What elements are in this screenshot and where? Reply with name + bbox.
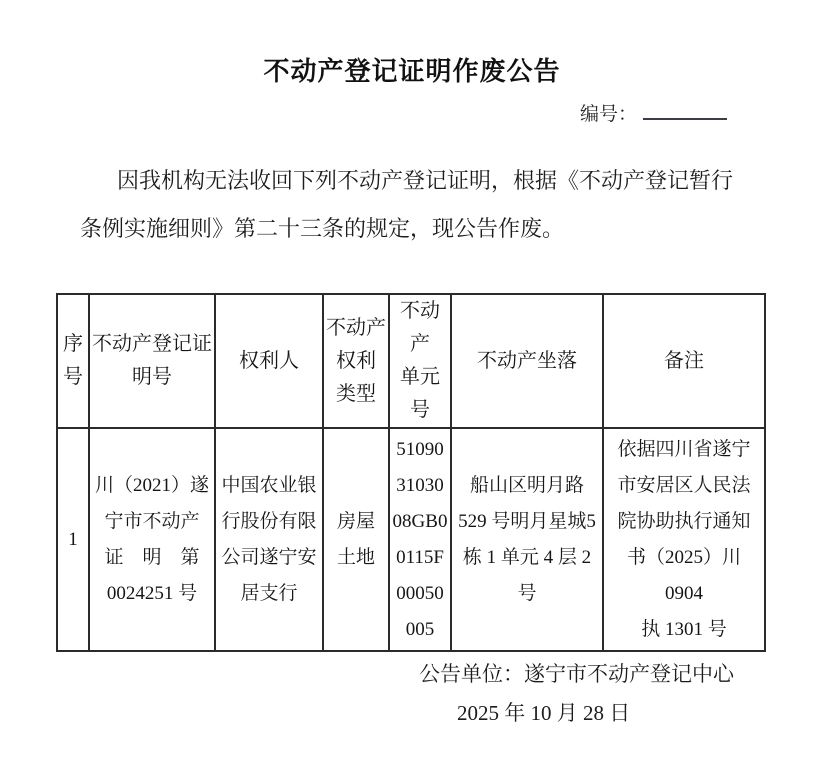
cell-remark: 依据四川省遂宁 市安居区人民法 院协助执行通知 书（2025）川 0904 执 … — [603, 428, 765, 651]
document-page: 不动产登记证明作废公告 编号： 因我机构无法收回下列不动产登记证明，根据《不动产… — [0, 0, 839, 782]
header-right-type: 不动产 权利 类型 — [323, 294, 389, 428]
cell-unit-no: 51090 31030 08GB0 0115F 00050 005 — [389, 428, 451, 651]
cell-right-type: 房屋 土地 — [323, 428, 389, 651]
header-unit-no: 不动产 单元 号 — [389, 294, 451, 428]
cell-cert-no: 川（2021）遂 宁市不动产 证 明 第 0024251 号 — [89, 428, 215, 651]
table-header-row: 序 号 不动产登记证 明号 权利人 不动产 权利 类型 不动产 单元 号 不动产… — [57, 294, 765, 428]
notice-paragraph: 因我机构无法收回下列不动产登记证明，根据《不动产登记暂行 条例实施细则》第二十三… — [80, 157, 745, 253]
serial-number-label: 编号： — [580, 104, 637, 125]
header-location: 不动产坐落 — [451, 294, 603, 428]
cell-holder: 中国农业银 行股份有限 公司遂宁安 居支行 — [215, 428, 323, 651]
serial-number-blank — [643, 101, 727, 120]
serial-number-row: 编号： — [580, 99, 727, 126]
cell-seq-no: 1 — [57, 428, 89, 651]
header-seq-no: 序 号 — [57, 294, 89, 428]
issuer-name: 遂宁市不动产登记中心 — [524, 662, 734, 686]
document-title: 不动产登记证明作废公告 — [0, 51, 824, 88]
header-holder: 权利人 — [215, 294, 323, 428]
cell-location: 船山区明月路 529 号明月星城5 栋 1 单元 4 层 2 号 — [451, 428, 603, 651]
issuer-label: 公告单位： — [419, 662, 524, 686]
certificates-table: 序 号 不动产登记证 明号 权利人 不动产 权利 类型 不动产 单元 号 不动产… — [56, 293, 766, 652]
table-row: 1 川（2021）遂 宁市不动产 证 明 第 0024251 号 中国农业银 行… — [57, 428, 765, 651]
header-remark: 备注 — [603, 294, 765, 428]
issuer-line: 公告单位：遂宁市不动产登记中心 — [419, 658, 734, 688]
date-line: 2025 年 10 月 28 日 — [457, 697, 630, 727]
header-cert-no: 不动产登记证 明号 — [89, 294, 215, 428]
